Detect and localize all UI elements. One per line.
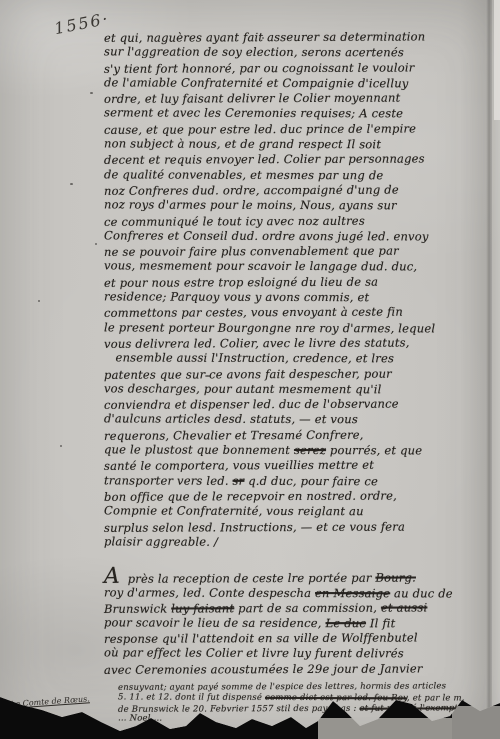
manuscript-line: roy d'armes, led. Conte despescha en Mes…	[104, 585, 494, 601]
manuscript-paper-sheet: 1556· et qui, naguères ayant fait asseur…	[0, 0, 500, 739]
ink-speck	[90, 92, 93, 94]
manuscript-line: et pour nous estre trop esloigné du lieu…	[104, 274, 494, 291]
ink-speck	[262, 37, 264, 39]
manuscript-line: de qualité convenables, et mesmes par un…	[104, 167, 494, 184]
ink-speck	[95, 243, 97, 245]
manuscript-line: avec Ceremonies acoustumées le 29e jour …	[104, 661, 494, 678]
year-annotation: 1556·	[53, 9, 111, 38]
marginal-note: Le Comte de Rœus.	[10, 692, 120, 709]
page-edge-highlight	[494, 0, 500, 120]
manuscript-line: requerons, Chevalier et Tresamé Confrere…	[104, 427, 494, 444]
manuscript-line: sur l'aggreation de soy election, serons…	[104, 45, 494, 62]
manuscript-line: de l'amiable Confraternité et Compaignie…	[104, 75, 494, 92]
main-text-block: et qui, naguères ayant fait asseurer sa …	[104, 30, 494, 550]
manuscript-line: plaisir aggreable. /	[104, 534, 494, 551]
manuscript-line: vos descharges, pour autant mesmement qu…	[104, 381, 494, 398]
manuscript-line: santé le comportera, vous vueillies mett…	[104, 457, 494, 474]
manuscript-line: patentes que sur ce avons fait despesche…	[104, 366, 494, 383]
manuscript-line: surplus selon lesd. Instructions, — et c…	[104, 519, 494, 536]
manuscript-line: ensemble aussi l'Instruction, credence, …	[104, 351, 494, 368]
manuscript-line: où par effect les Colier et livre luy fu…	[104, 646, 494, 662]
second-paragraph-block: A près la reception de ceste lre portée …	[104, 571, 494, 677]
page-fold-shadow	[486, 0, 492, 739]
manuscript-line: s'y tient fort honnoré, par ou cognoissa…	[104, 60, 494, 77]
manuscript-line: bon office que de le recepvoir en nostre…	[104, 488, 494, 505]
manuscript-line: serment et avec les Ceremonies requises;…	[104, 106, 494, 123]
manuscript-line: ce communiqué le tout icy avec noz aultr…	[104, 213, 494, 230]
manuscript-line: decent et requis envoyer led. Colier par…	[104, 152, 494, 169]
manuscript-line: noz Confreres dud. ordre, accompaigné d'…	[104, 182, 494, 199]
manuscript-line: le present porteur Bourgongne nre roy d'…	[104, 320, 494, 337]
ink-speck	[70, 183, 73, 185]
ink-speck	[38, 300, 40, 302]
manuscript-line: A près la reception de ceste lre portée …	[104, 570, 494, 587]
manuscript-line: vous, mesmement pour scavoir le langage …	[104, 259, 494, 276]
manuscript-line: vous delivrera led. Colier, avec le livr…	[104, 335, 494, 352]
ink-speck	[205, 375, 210, 377]
manuscript-line: commettons par cestes, vous envoyant à c…	[104, 304, 494, 321]
manuscript-scan-page: { "page": { "year_annotation": "1556·" }…	[0, 0, 500, 739]
manuscript-line: Confreres et Conseil dud. ordre avons ju…	[104, 228, 494, 245]
manuscript-line: noz roys d'armes pour le moins, Nous, ay…	[104, 198, 494, 215]
manuscript-line: 5. 11. et 12. dont il fut dispensé comme…	[118, 692, 496, 704]
backing-surface-patch-right	[452, 706, 500, 739]
manuscript-line: transporter vers led. sr q.d duc, pour f…	[104, 473, 494, 490]
manuscript-line: d'aulcuns articles desd. statuts, — et v…	[104, 412, 494, 429]
footer-annotation-block: ensuyvant; ayant payé somme de l'espice …	[118, 682, 496, 725]
manuscript-line: cause, et que pour estre led. duc prince…	[104, 121, 494, 138]
ink-speck	[60, 445, 62, 447]
manuscript-line: Compnie et Confraternité, vous reiglant …	[104, 504, 494, 521]
